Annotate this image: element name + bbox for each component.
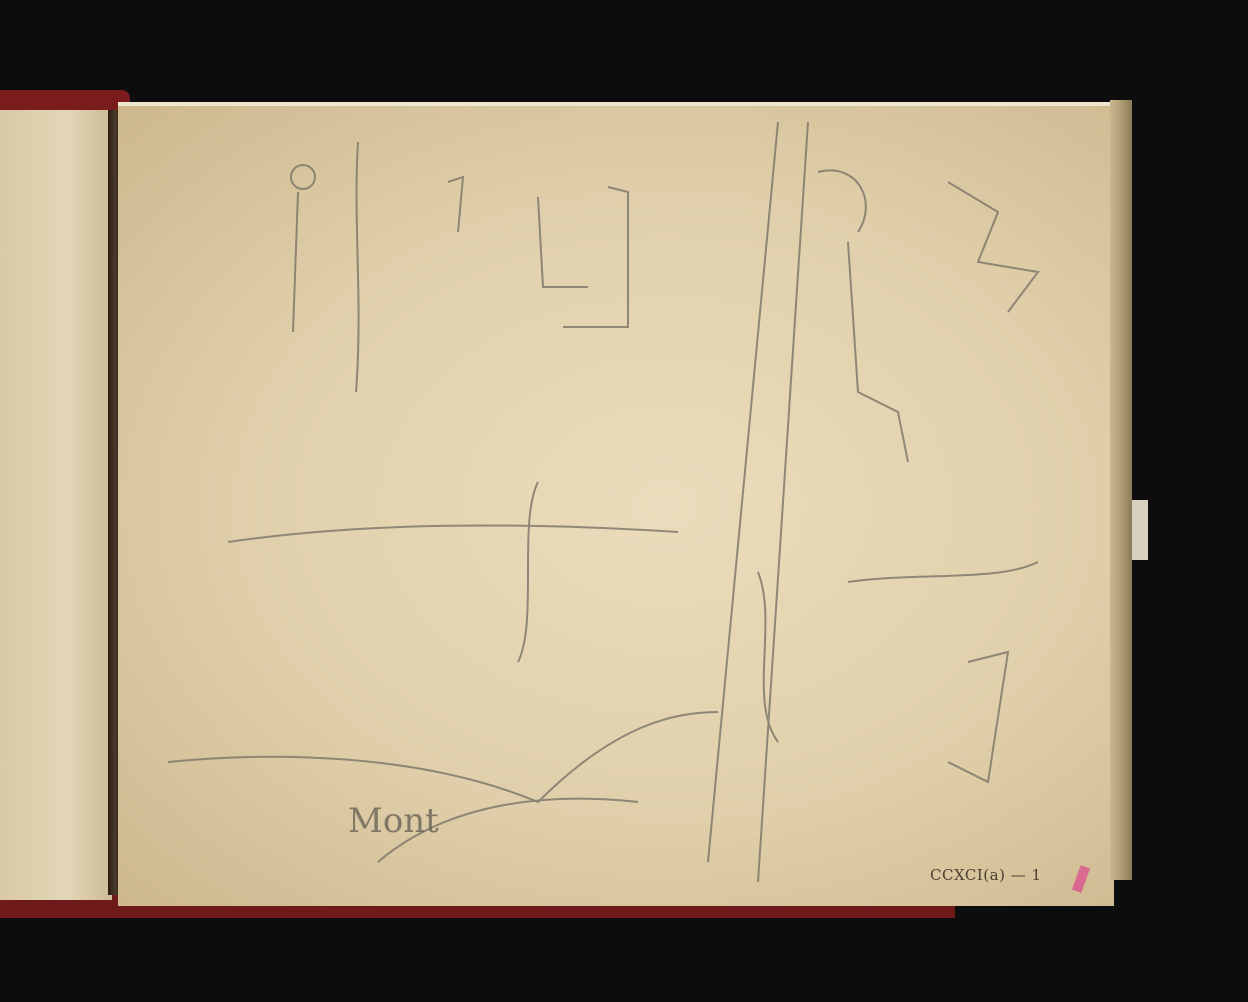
sketch-inscription: Mont xyxy=(348,801,439,841)
pencil-sketch: Mont xyxy=(118,102,1114,902)
page-tab xyxy=(1132,500,1148,560)
left-page xyxy=(0,110,112,900)
catalogue-label: CCXCI(a) — 1 xyxy=(930,866,1042,884)
